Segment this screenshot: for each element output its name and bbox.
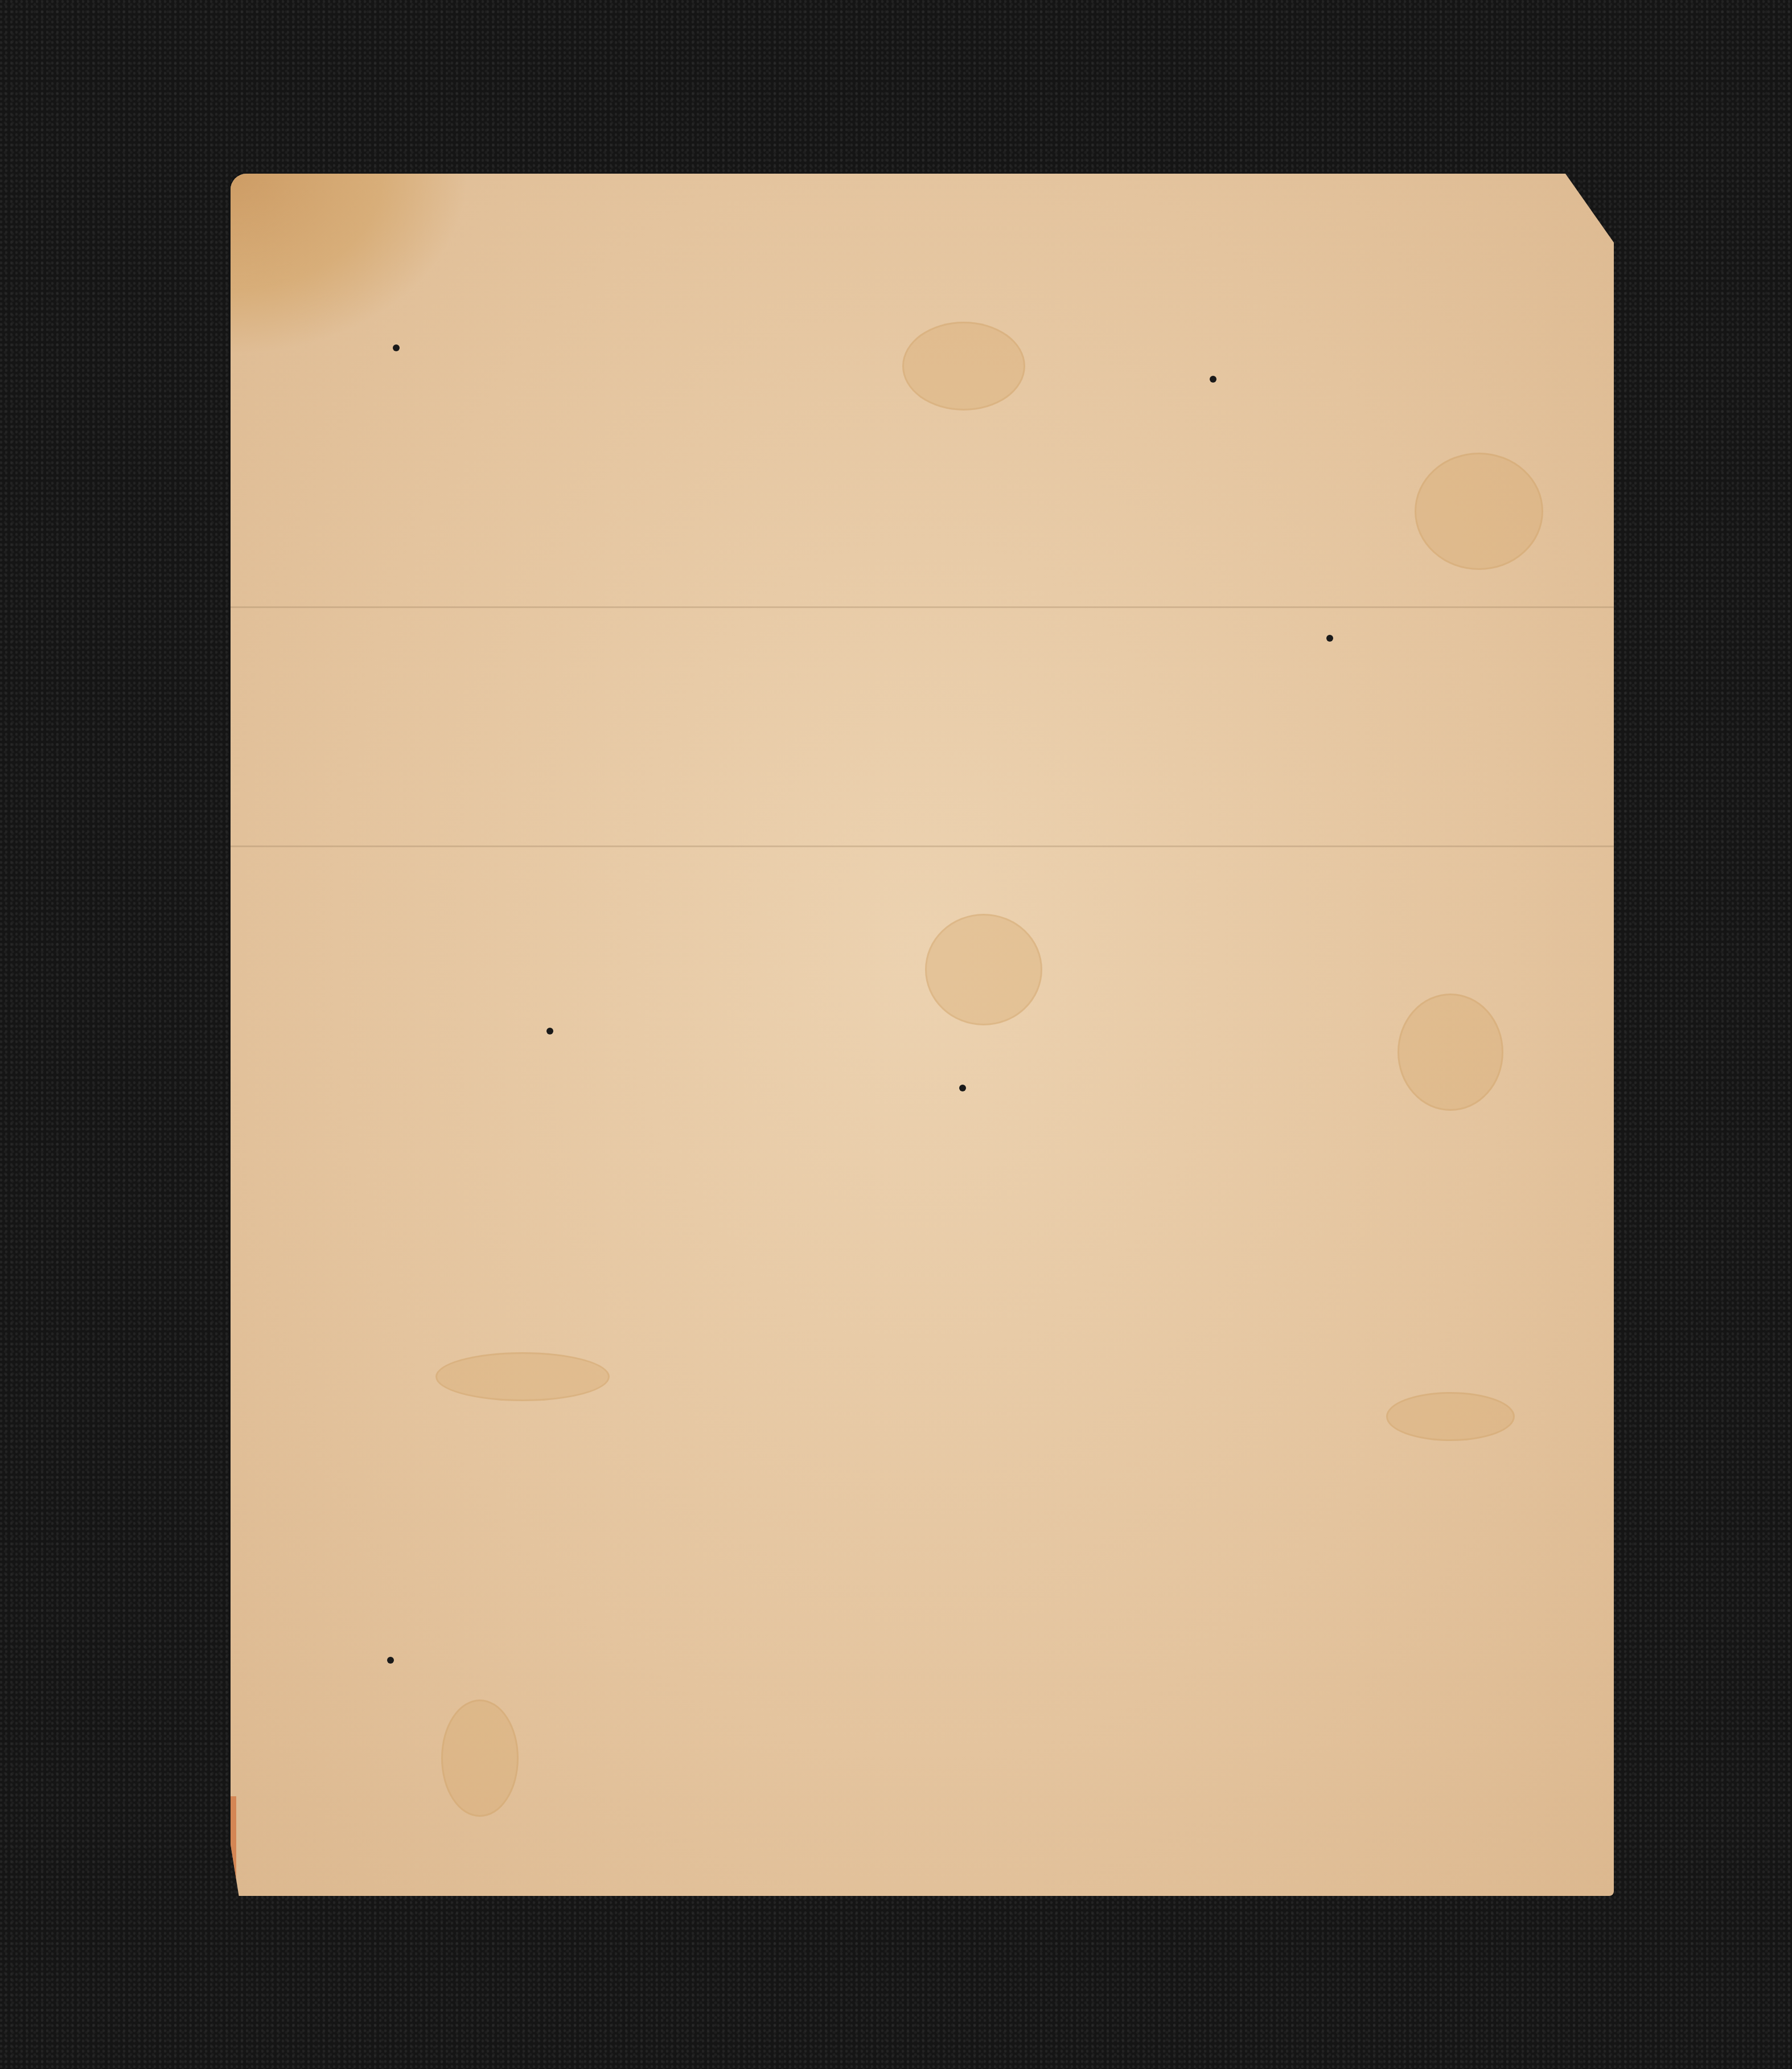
water-stain: [925, 914, 1042, 1025]
corner-stain: [231, 174, 470, 356]
worm-hole: [1326, 635, 1333, 642]
fold-line: [231, 606, 1614, 608]
water-stain: [435, 1352, 610, 1401]
water-stain: [1386, 1392, 1515, 1441]
fold-line: [231, 845, 1614, 847]
water-stain: [902, 322, 1025, 410]
worm-hole: [1210, 376, 1216, 383]
red-edge-mark: [231, 1796, 236, 1896]
paper-sheet: [231, 174, 1614, 1896]
water-stain: [1398, 994, 1503, 1111]
worm-hole: [387, 1657, 394, 1664]
water-stain: [441, 1699, 519, 1817]
worm-hole: [959, 1085, 966, 1091]
worm-hole: [546, 1028, 553, 1034]
worm-hole: [393, 344, 400, 351]
water-stain: [1415, 453, 1543, 570]
